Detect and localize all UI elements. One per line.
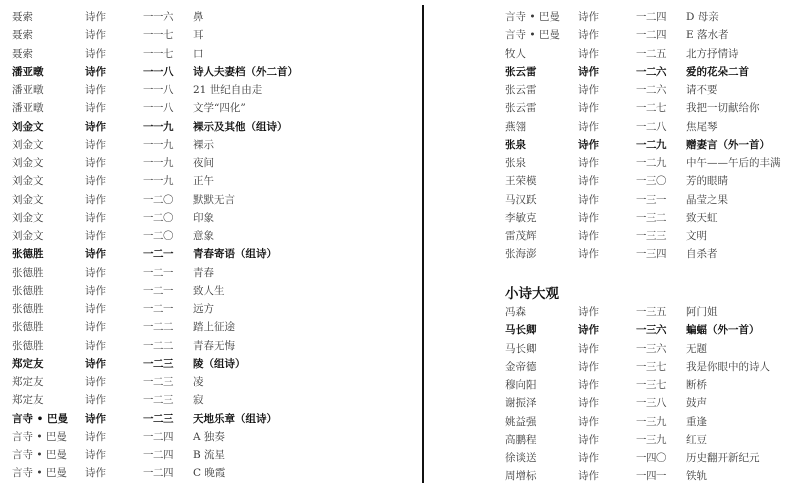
- entry-type: 诗作: [85, 373, 106, 391]
- page-number: 一二〇: [143, 209, 173, 227]
- page-number: 一二一: [143, 282, 173, 300]
- entry-type: 诗作: [85, 464, 106, 482]
- page-number: 一四〇: [636, 449, 666, 467]
- author-name: 穆向阳: [505, 376, 537, 394]
- entry-type: 诗作: [85, 391, 106, 409]
- entry-title: B 流星: [193, 446, 225, 464]
- entry-type: 诗作: [578, 227, 599, 245]
- entry-type: 诗作: [85, 337, 106, 355]
- page-number: 一二九: [636, 154, 666, 172]
- entry-title: 铁轨: [686, 467, 707, 485]
- author-name: 徐谈送: [505, 449, 537, 467]
- page-number: 一二五: [636, 45, 666, 63]
- author-name: 张泉: [505, 154, 526, 172]
- author-name: 刘金文: [12, 118, 44, 136]
- page-number: 一三七: [636, 358, 666, 376]
- entry-title: 印象: [193, 209, 214, 227]
- entry-title: 自杀者: [686, 245, 718, 263]
- author-name: 郑定友: [12, 373, 44, 391]
- entry-title: 21 世纪自由走: [193, 81, 262, 99]
- entry-title: 意象: [193, 227, 214, 245]
- page-number: 一一八: [143, 81, 173, 99]
- entry-type: 诗作: [578, 358, 599, 376]
- author-name: 金帝德: [505, 358, 537, 376]
- author-name: 刘金文: [12, 191, 44, 209]
- entry-title: 红豆: [686, 431, 707, 449]
- entry-type: 诗作: [578, 136, 599, 154]
- author-name: 郑定友: [12, 355, 44, 373]
- entry-title: 文明: [686, 227, 707, 245]
- page-number: 一二三: [143, 373, 173, 391]
- entry-type: 诗作: [578, 45, 599, 63]
- author-name: 言寺 • 巴曼: [12, 446, 67, 464]
- page-number: 一一九: [143, 172, 173, 190]
- entry-type: 诗作: [85, 355, 106, 373]
- entry-type: 诗作: [578, 449, 599, 467]
- entry-title: 默默无言: [193, 191, 235, 209]
- entry-type: 诗作: [578, 376, 599, 394]
- page-number: 一一八: [143, 63, 173, 81]
- page-number: 一三〇: [636, 172, 666, 190]
- author-name: 牧人: [505, 45, 526, 63]
- page-number: 一二八: [636, 118, 666, 136]
- author-name: 张德胜: [12, 318, 44, 336]
- author-name: 言寺 • 巴曼: [505, 26, 560, 44]
- entry-title: 鼻: [193, 8, 204, 26]
- entry-title: 寂: [193, 391, 204, 409]
- entry-title: 重逢: [686, 413, 707, 431]
- entry-title: 凌: [193, 373, 204, 391]
- entry-type: 诗作: [578, 191, 599, 209]
- entry-type: 诗作: [85, 45, 106, 63]
- page-number: 一二一: [143, 245, 173, 263]
- column-divider: [422, 5, 424, 483]
- author-name: 潘亚暾: [12, 63, 44, 81]
- entry-title: 历史翻开新纪元: [686, 449, 760, 467]
- author-name: 姚益强: [505, 413, 537, 431]
- entry-title: 爱的花朵二首: [686, 63, 749, 81]
- entry-type: 诗作: [578, 321, 599, 339]
- entry-type: 诗作: [85, 264, 106, 282]
- page-number: 一一六: [143, 8, 173, 26]
- author-name: 言寺 • 巴曼: [12, 428, 67, 446]
- entry-type: 诗作: [578, 26, 599, 44]
- page-number: 一三二: [636, 209, 666, 227]
- entry-type: 诗作: [85, 118, 106, 136]
- page-number: 一一七: [143, 26, 173, 44]
- page-number: 一二四: [143, 428, 173, 446]
- author-name: 张德胜: [12, 264, 44, 282]
- page-number: 一二三: [143, 391, 173, 409]
- author-name: 雷茂辉: [505, 227, 537, 245]
- entry-title: 晶莹之果: [686, 191, 728, 209]
- entry-title: 踏上征途: [193, 318, 235, 336]
- entry-title: 裸示及其他（组诗）: [193, 118, 288, 136]
- entry-type: 诗作: [85, 136, 106, 154]
- author-name: 燕翎: [505, 118, 526, 136]
- entry-title: 焦尾琴: [686, 118, 718, 136]
- page-number: 一二九: [636, 136, 666, 154]
- entry-type: 诗作: [85, 172, 106, 190]
- entry-type: 诗作: [578, 303, 599, 321]
- entry-type: 诗作: [578, 8, 599, 26]
- page-number: 一二四: [636, 26, 666, 44]
- entry-title: 北方抒情诗: [686, 45, 739, 63]
- entry-type: 诗作: [85, 446, 106, 464]
- entry-title: 天地乐章（组诗）: [193, 410, 277, 428]
- author-name: 张德胜: [12, 337, 44, 355]
- page-number: 一二四: [143, 446, 173, 464]
- author-name: 马长卿: [505, 321, 537, 339]
- page-number: 一二三: [143, 410, 173, 428]
- author-name: 刘金文: [12, 136, 44, 154]
- entry-type: 诗作: [578, 394, 599, 412]
- page-number: 一三一: [636, 191, 666, 209]
- page-number: 一三六: [636, 340, 666, 358]
- author-name: 周增标: [505, 467, 537, 485]
- entry-title: 青春寄语（组诗）: [193, 245, 277, 263]
- entry-type: 诗作: [578, 340, 599, 358]
- page-number: 一四一: [636, 467, 666, 485]
- entry-type: 诗作: [85, 245, 106, 263]
- page-number: 一三四: [636, 245, 666, 263]
- entry-type: 诗作: [578, 172, 599, 190]
- entry-title: 鼓声: [686, 394, 707, 412]
- entry-title: 阿门姐: [686, 303, 718, 321]
- author-name: 刘金文: [12, 154, 44, 172]
- author-name: 张海澎: [505, 245, 537, 263]
- page-number: 一二四: [143, 464, 173, 482]
- entry-title: 请不要: [686, 81, 718, 99]
- page-number: 一二四: [636, 8, 666, 26]
- author-name: 张云雷: [505, 81, 537, 99]
- entry-type: 诗作: [85, 8, 106, 26]
- entry-title: 文学“四化”: [193, 99, 246, 117]
- entry-title: 芳的眼睛: [686, 172, 728, 190]
- entry-title: 致人生: [193, 282, 225, 300]
- page-number: 一二六: [636, 81, 666, 99]
- entry-type: 诗作: [578, 63, 599, 81]
- entry-title: D 母亲: [686, 8, 719, 26]
- author-name: 马汉跃: [505, 191, 537, 209]
- entry-type: 诗作: [578, 81, 599, 99]
- entry-title: 远方: [193, 300, 214, 318]
- page-number: 一二〇: [143, 191, 173, 209]
- page-number: 一一九: [143, 154, 173, 172]
- entry-type: 诗作: [85, 154, 106, 172]
- entry-type: 诗作: [85, 318, 106, 336]
- page-number: 一二二: [143, 318, 173, 336]
- author-name: 言寺 • 巴曼: [505, 8, 560, 26]
- author-name: 言寺 • 巴曼: [12, 464, 67, 482]
- entry-type: 诗作: [578, 431, 599, 449]
- author-name: 郑定友: [12, 391, 44, 409]
- entry-type: 诗作: [85, 410, 106, 428]
- author-name: 刘金文: [12, 227, 44, 245]
- entry-title: E 落水者: [686, 26, 729, 44]
- page-number: 一一九: [143, 118, 173, 136]
- entry-title: 蝙蝠（外一首）: [686, 321, 760, 339]
- author-name: 王荣模: [505, 172, 537, 190]
- entry-type: 诗作: [578, 99, 599, 117]
- entry-type: 诗作: [578, 467, 599, 485]
- author-name: 聂索: [12, 26, 33, 44]
- entry-type: 诗作: [578, 154, 599, 172]
- page-number: 一二〇: [143, 227, 173, 245]
- author-name: 张云雷: [505, 63, 537, 81]
- page-number: 一二二: [143, 337, 173, 355]
- entry-title: 致天虹: [686, 209, 718, 227]
- author-name: 潘亚暾: [12, 99, 44, 117]
- author-name: 张德胜: [12, 282, 44, 300]
- page-number: 一三六: [636, 321, 666, 339]
- author-name: 李敏克: [505, 209, 537, 227]
- entry-type: 诗作: [85, 428, 106, 446]
- entry-title: A 独奏: [193, 428, 225, 446]
- entry-title: 夜间: [193, 154, 214, 172]
- author-name: 刘金文: [12, 209, 44, 227]
- entry-title: 口: [193, 45, 204, 63]
- page-number: 一二一: [143, 264, 173, 282]
- entry-title: 我把一切献给你: [686, 99, 760, 117]
- page-number: 一一八: [143, 99, 173, 117]
- entry-type: 诗作: [85, 282, 106, 300]
- entry-title: 诗人夫妻档（外二首）: [193, 63, 298, 81]
- entry-title: 陵（组诗）: [193, 355, 246, 373]
- page-number: 一三九: [636, 431, 666, 449]
- entry-type: 诗作: [578, 118, 599, 136]
- page-number: 一一七: [143, 45, 173, 63]
- page-number: 一三三: [636, 227, 666, 245]
- author-name: 刘金文: [12, 172, 44, 190]
- author-name: 聂索: [12, 8, 33, 26]
- entry-type: 诗作: [85, 81, 106, 99]
- section-title: 小诗大观: [505, 285, 559, 303]
- entry-title: 中午——午后的丰满: [686, 154, 781, 172]
- author-name: 言寺 • 巴曼: [12, 410, 68, 428]
- author-name: 冯森: [505, 303, 526, 321]
- entry-title: 正午: [193, 172, 214, 190]
- entry-title: 青春: [193, 264, 214, 282]
- entry-title: 耳: [193, 26, 204, 44]
- author-name: 谢振泽: [505, 394, 537, 412]
- page-number: 一三七: [636, 376, 666, 394]
- author-name: 潘亚暾: [12, 81, 44, 99]
- author-name: 张德胜: [12, 245, 44, 263]
- author-name: 聂索: [12, 45, 33, 63]
- entry-type: 诗作: [85, 300, 106, 318]
- entry-type: 诗作: [85, 191, 106, 209]
- page-number: 一二一: [143, 300, 173, 318]
- page-number: 一二六: [636, 63, 666, 81]
- entry-type: 诗作: [85, 209, 106, 227]
- entry-title: 我是你眼中的诗人: [686, 358, 770, 376]
- entry-type: 诗作: [578, 413, 599, 431]
- entry-title: C 晚霞: [193, 464, 225, 482]
- author-name: 张云雷: [505, 99, 537, 117]
- entry-type: 诗作: [85, 227, 106, 245]
- entry-title: 裸示: [193, 136, 214, 154]
- author-name: 张泉: [505, 136, 526, 154]
- author-name: 张德胜: [12, 300, 44, 318]
- entry-title: 无题: [686, 340, 707, 358]
- author-name: 马长卿: [505, 340, 537, 358]
- entry-type: 诗作: [578, 245, 599, 263]
- entry-type: 诗作: [85, 99, 106, 117]
- entry-title: 青春无悔: [193, 337, 235, 355]
- entry-title: 赠妻言（外一首）: [686, 136, 770, 154]
- entry-type: 诗作: [85, 63, 106, 81]
- page-number: 一一九: [143, 136, 173, 154]
- page-number: 一二三: [143, 355, 173, 373]
- entry-title: 断桥: [686, 376, 707, 394]
- page-number: 一三九: [636, 413, 666, 431]
- entry-type: 诗作: [85, 26, 106, 44]
- page-number: 一三八: [636, 394, 666, 412]
- page-number: 一二七: [636, 99, 666, 117]
- page-number: 一三五: [636, 303, 666, 321]
- entry-type: 诗作: [578, 209, 599, 227]
- author-name: 高鹏程: [505, 431, 537, 449]
